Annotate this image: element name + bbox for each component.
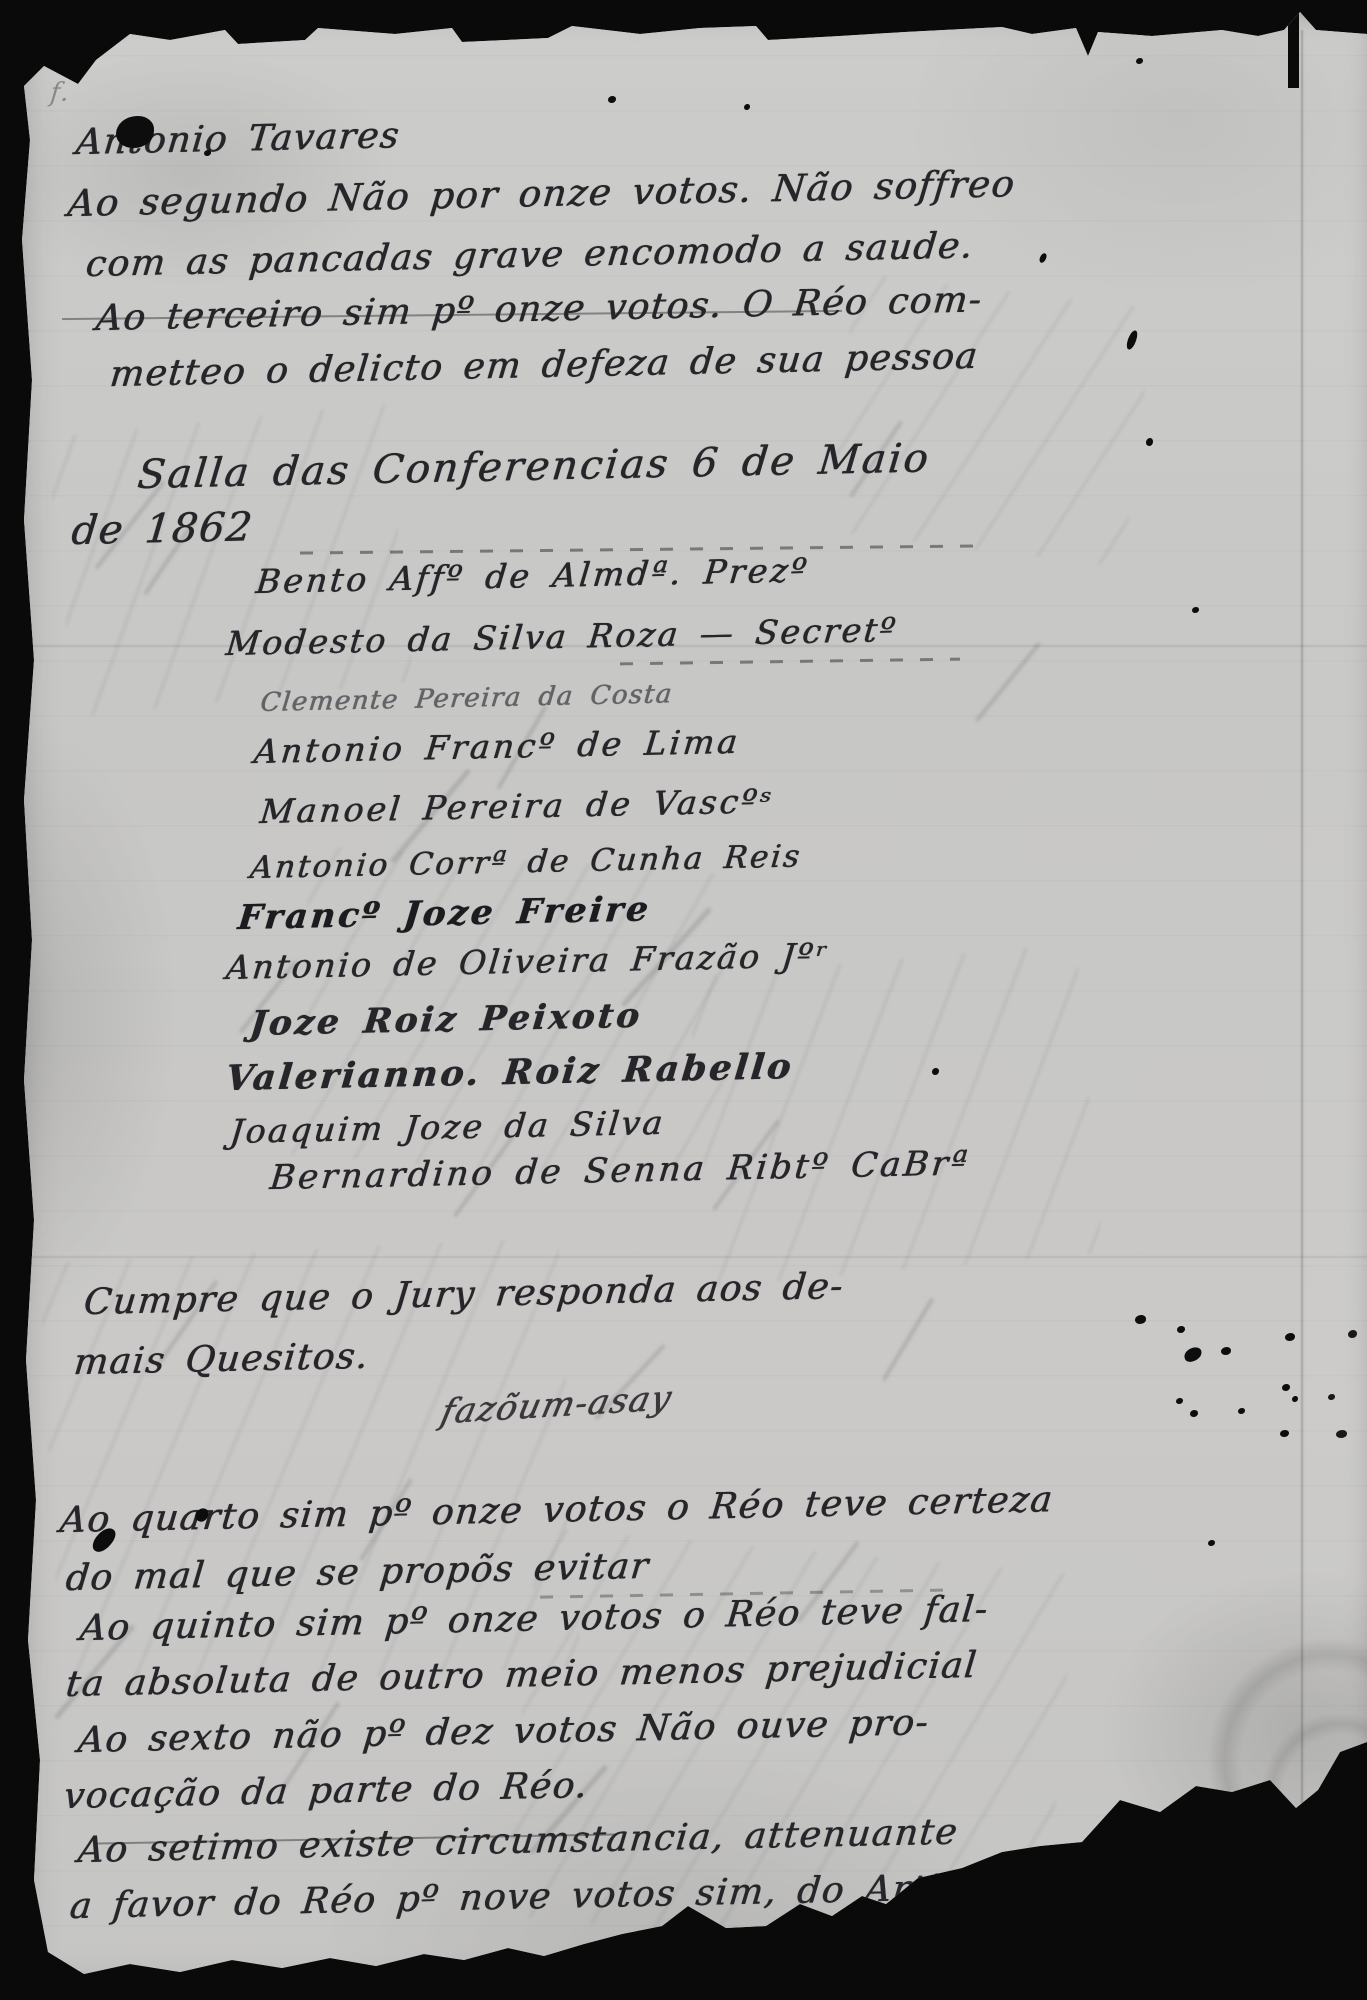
signature-line: Manoel Pereira de Vascºˢ xyxy=(258,781,776,831)
page-gutter-shadow xyxy=(1288,0,1299,88)
ink-blot xyxy=(1280,1430,1289,1437)
bleedthrough-patch xyxy=(687,944,1103,1287)
paper-sheet: f. Antonio Tavares Ao segundo Não por on… xyxy=(0,0,1367,2000)
ink-blot xyxy=(1238,1408,1245,1414)
manuscript-line: Ao segundo Não por onze votos. Não soffr… xyxy=(66,162,1018,225)
horizontal-fold-line xyxy=(30,1256,1367,1258)
ink-blot xyxy=(1208,1540,1215,1546)
ink-blot xyxy=(1282,1384,1290,1391)
ink-blot xyxy=(1192,607,1199,613)
scanned-manuscript-page: f. Antonio Tavares Ao segundo Não por on… xyxy=(0,0,1367,2000)
ink-blot xyxy=(1038,252,1047,263)
session-heading-line: de 1862 xyxy=(69,504,255,554)
ink-blot xyxy=(1136,58,1143,64)
ink-blot xyxy=(1190,1410,1198,1417)
signature-line: Joze Roiz Peixoto xyxy=(248,996,644,1044)
ghost-stroke xyxy=(975,642,1041,722)
ink-blot xyxy=(1182,1346,1203,1364)
ink-blot xyxy=(1135,1315,1146,1324)
ink-blot xyxy=(1176,1398,1183,1404)
marginal-mark: f. xyxy=(49,78,72,108)
manuscript-line: mais Quesitos. xyxy=(72,1336,371,1383)
ghost-stroke xyxy=(882,1298,934,1381)
ink-blot xyxy=(1177,1326,1185,1333)
manuscript-line: com as pancadas grave encomodo a saude. xyxy=(84,225,976,285)
ink-blot xyxy=(608,96,616,103)
ink-blot xyxy=(744,104,750,110)
verdict-line: vocação da parte do Réo. xyxy=(62,1765,590,1817)
dotted-leader xyxy=(620,658,960,666)
ink-blot xyxy=(1146,438,1153,446)
ink-blot xyxy=(1221,1347,1231,1355)
signature-line: Antonio Francº de Lima xyxy=(252,722,742,771)
second-leaf-strip xyxy=(1305,30,1367,2000)
verdict-line: a favor do Réo pº nove votos sim, do Art… xyxy=(68,1867,990,1927)
ink-blot xyxy=(1292,1396,1298,1402)
ink-blot xyxy=(1285,1333,1295,1341)
